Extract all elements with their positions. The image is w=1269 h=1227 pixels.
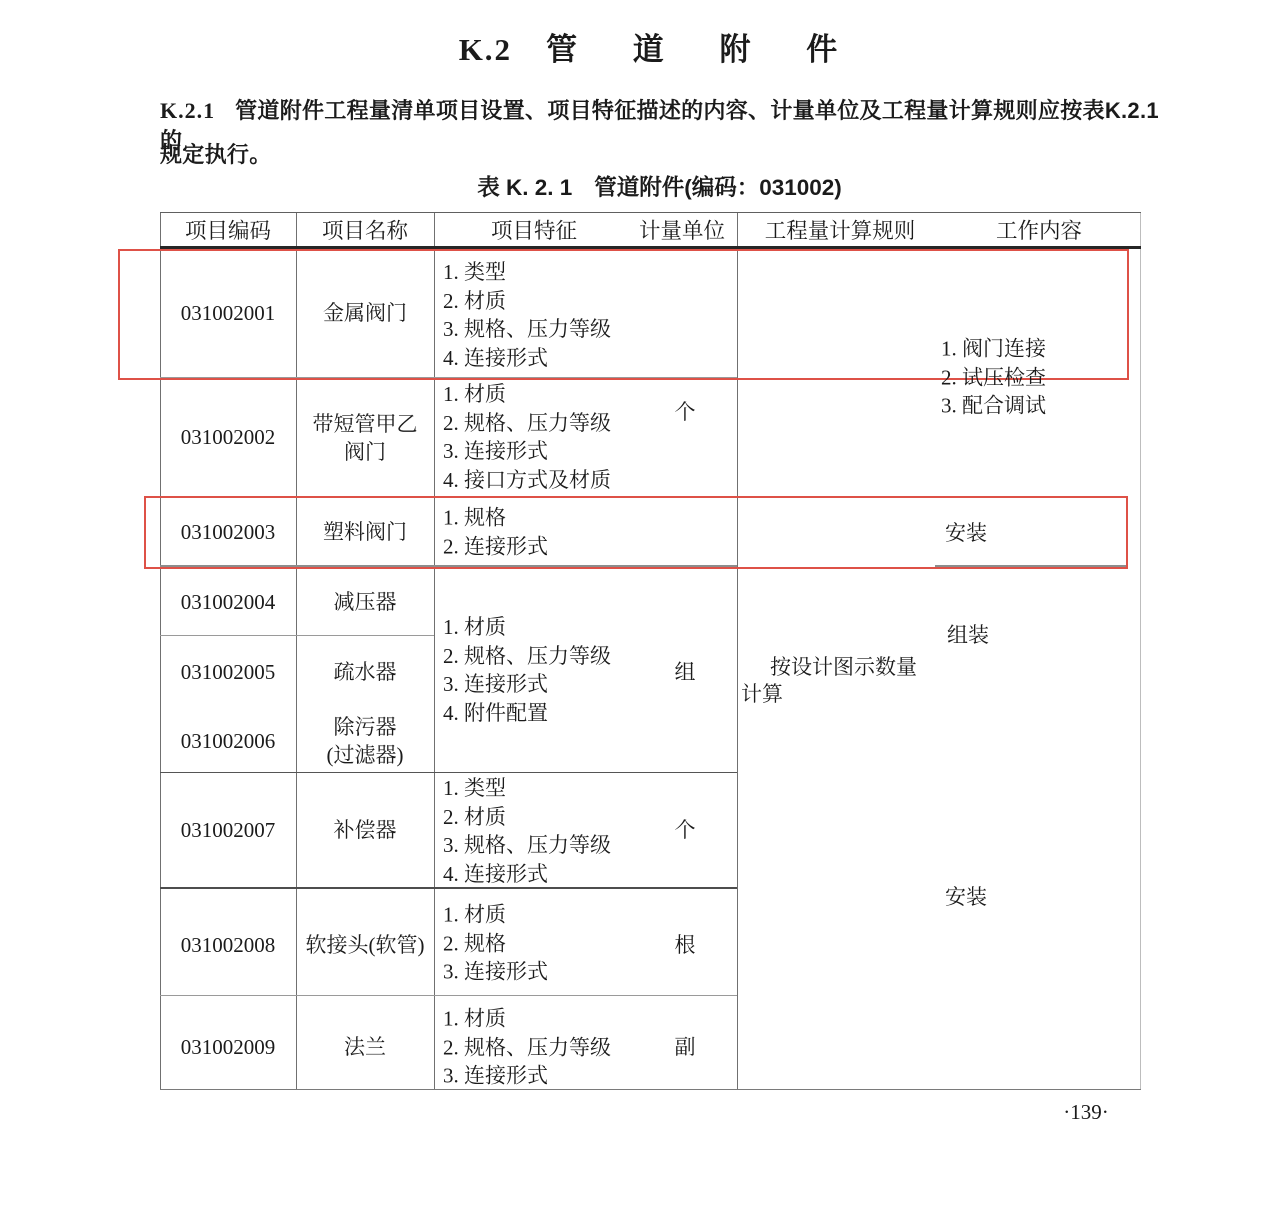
unit-value: 个 bbox=[675, 816, 696, 844]
item-name: 带短管甲乙 阀门 bbox=[313, 410, 418, 466]
table-caption-number: 表 K. 2. 1 bbox=[477, 175, 572, 200]
col-header-work-content: 工作内容 bbox=[996, 217, 1082, 245]
section-heading: K.2管 道 附 件 bbox=[0, 24, 1269, 69]
unit-value: 个 bbox=[675, 398, 696, 426]
clause-label: K.2.1 bbox=[160, 98, 215, 123]
feature-list: 1. 类型 2. 材质 3. 规格、压力等级 4. 连接形式 bbox=[443, 774, 611, 888]
item-name: 金属阀门 bbox=[323, 299, 407, 327]
document-page: K.2管 道 附 件 K.2.1管道附件工程量清单项目设置、项目特征描述的内容、… bbox=[0, 0, 1269, 1227]
feature-list: 1. 材质 2. 规格、压力等级 3. 连接形式 bbox=[443, 1004, 611, 1090]
work-content: 安装 bbox=[945, 519, 987, 547]
item-code: 031002003 bbox=[181, 518, 276, 546]
col-header-item-name: 项目名称 bbox=[322, 217, 408, 245]
row-divider-6 bbox=[160, 772, 737, 773]
page-number: ·139· bbox=[1036, 1100, 1136, 1125]
item-code: 031002005 bbox=[181, 658, 276, 686]
item-name: 补偿器 bbox=[334, 816, 397, 844]
table-caption-title: 管道附件(编码：031002) bbox=[594, 175, 842, 200]
paragraph-line-2: 规定执行。 bbox=[160, 140, 1160, 170]
unit-value: 副 bbox=[675, 1033, 696, 1061]
item-name: 软接头(软管) bbox=[306, 931, 425, 959]
item-code: 031002004 bbox=[181, 588, 276, 616]
col-header-item-feature: 项目特征 bbox=[491, 217, 577, 245]
row-divider-8 bbox=[160, 995, 737, 996]
unit-value: 根 bbox=[675, 931, 696, 959]
item-code: 031002006 bbox=[181, 727, 276, 755]
item-name: 减压器 bbox=[334, 588, 397, 616]
item-code: 031002007 bbox=[181, 816, 276, 844]
table-border-bottom bbox=[160, 1089, 1141, 1090]
col-header-unit: 计量单位 bbox=[639, 217, 725, 245]
unit-value: 组 bbox=[675, 658, 696, 686]
section-title: 管 道 附 件 bbox=[546, 32, 861, 67]
feature-list: 1. 规格 2. 连接形式 bbox=[443, 504, 548, 561]
row-divider-4 bbox=[160, 635, 434, 636]
item-name: 塑料阀门 bbox=[323, 518, 407, 546]
item-code: 031002002 bbox=[181, 423, 276, 451]
col-header-calc-rule: 工程量计算规则 bbox=[765, 217, 916, 245]
item-code: 031002009 bbox=[181, 1033, 276, 1061]
feature-list: 1. 类型 2. 材质 3. 规格、压力等级 4. 连接形式 bbox=[443, 258, 611, 372]
col-header-item-code: 项目编码 bbox=[185, 217, 271, 245]
item-name: 疏水器 bbox=[334, 658, 397, 686]
feature-list: 1. 材质 2. 规格 3. 连接形式 bbox=[443, 900, 548, 986]
section-number: K.2 bbox=[459, 32, 512, 67]
clause-text-line2: 规定执行。 bbox=[160, 142, 272, 167]
work-content: 安装 bbox=[945, 883, 987, 911]
table-border-top bbox=[160, 212, 1141, 213]
table-border-right bbox=[1140, 212, 1141, 1090]
item-code: 031002008 bbox=[181, 931, 276, 959]
table-caption: 表 K. 2. 1管道附件(编码：031002) bbox=[50, 170, 1269, 202]
item-name: 法兰 bbox=[344, 1033, 386, 1061]
work-content: 组装 bbox=[947, 621, 989, 649]
item-name: 除污器 (过滤器) bbox=[327, 713, 404, 769]
item-code: 031002001 bbox=[181, 299, 276, 327]
calc-rule-text: 按设计图示数量计算 bbox=[741, 654, 933, 708]
work-content-list: 1. 阀门连接 2. 试压检查 3. 配合调试 bbox=[941, 334, 1046, 420]
feature-list: 1. 材质 2. 规格、压力等级 3. 连接形式 4. 附件配置 bbox=[443, 613, 611, 727]
feature-list: 1. 材质 2. 规格、压力等级 3. 连接形式 4. 接口方式及材质 bbox=[443, 380, 611, 494]
